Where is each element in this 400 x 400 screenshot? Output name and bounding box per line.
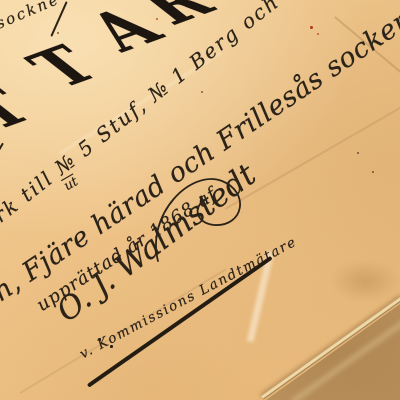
speck [201, 91, 203, 93]
title-letter: T [16, 39, 110, 96]
red-speck [156, 18, 158, 20]
stain-blotch [330, 260, 400, 302]
signature-flourish [148, 165, 263, 265]
red-speck [372, 171, 374, 173]
title-letter: T [0, 81, 45, 138]
speck [57, 32, 59, 34]
scanned-document-photo: sockne T T A R rk till № 5 Stuf, № 1 Ber… [0, 0, 400, 400]
red-speck [317, 33, 319, 35]
red-speck [310, 26, 313, 29]
paper-background: sockne T T A R rk till № 5 Stuf, № 1 Ber… [0, 0, 400, 400]
handwritten-abbreviation: ut [62, 175, 80, 193]
speck [357, 152, 359, 154]
pen-stroke-fragment [0, 143, 4, 158]
